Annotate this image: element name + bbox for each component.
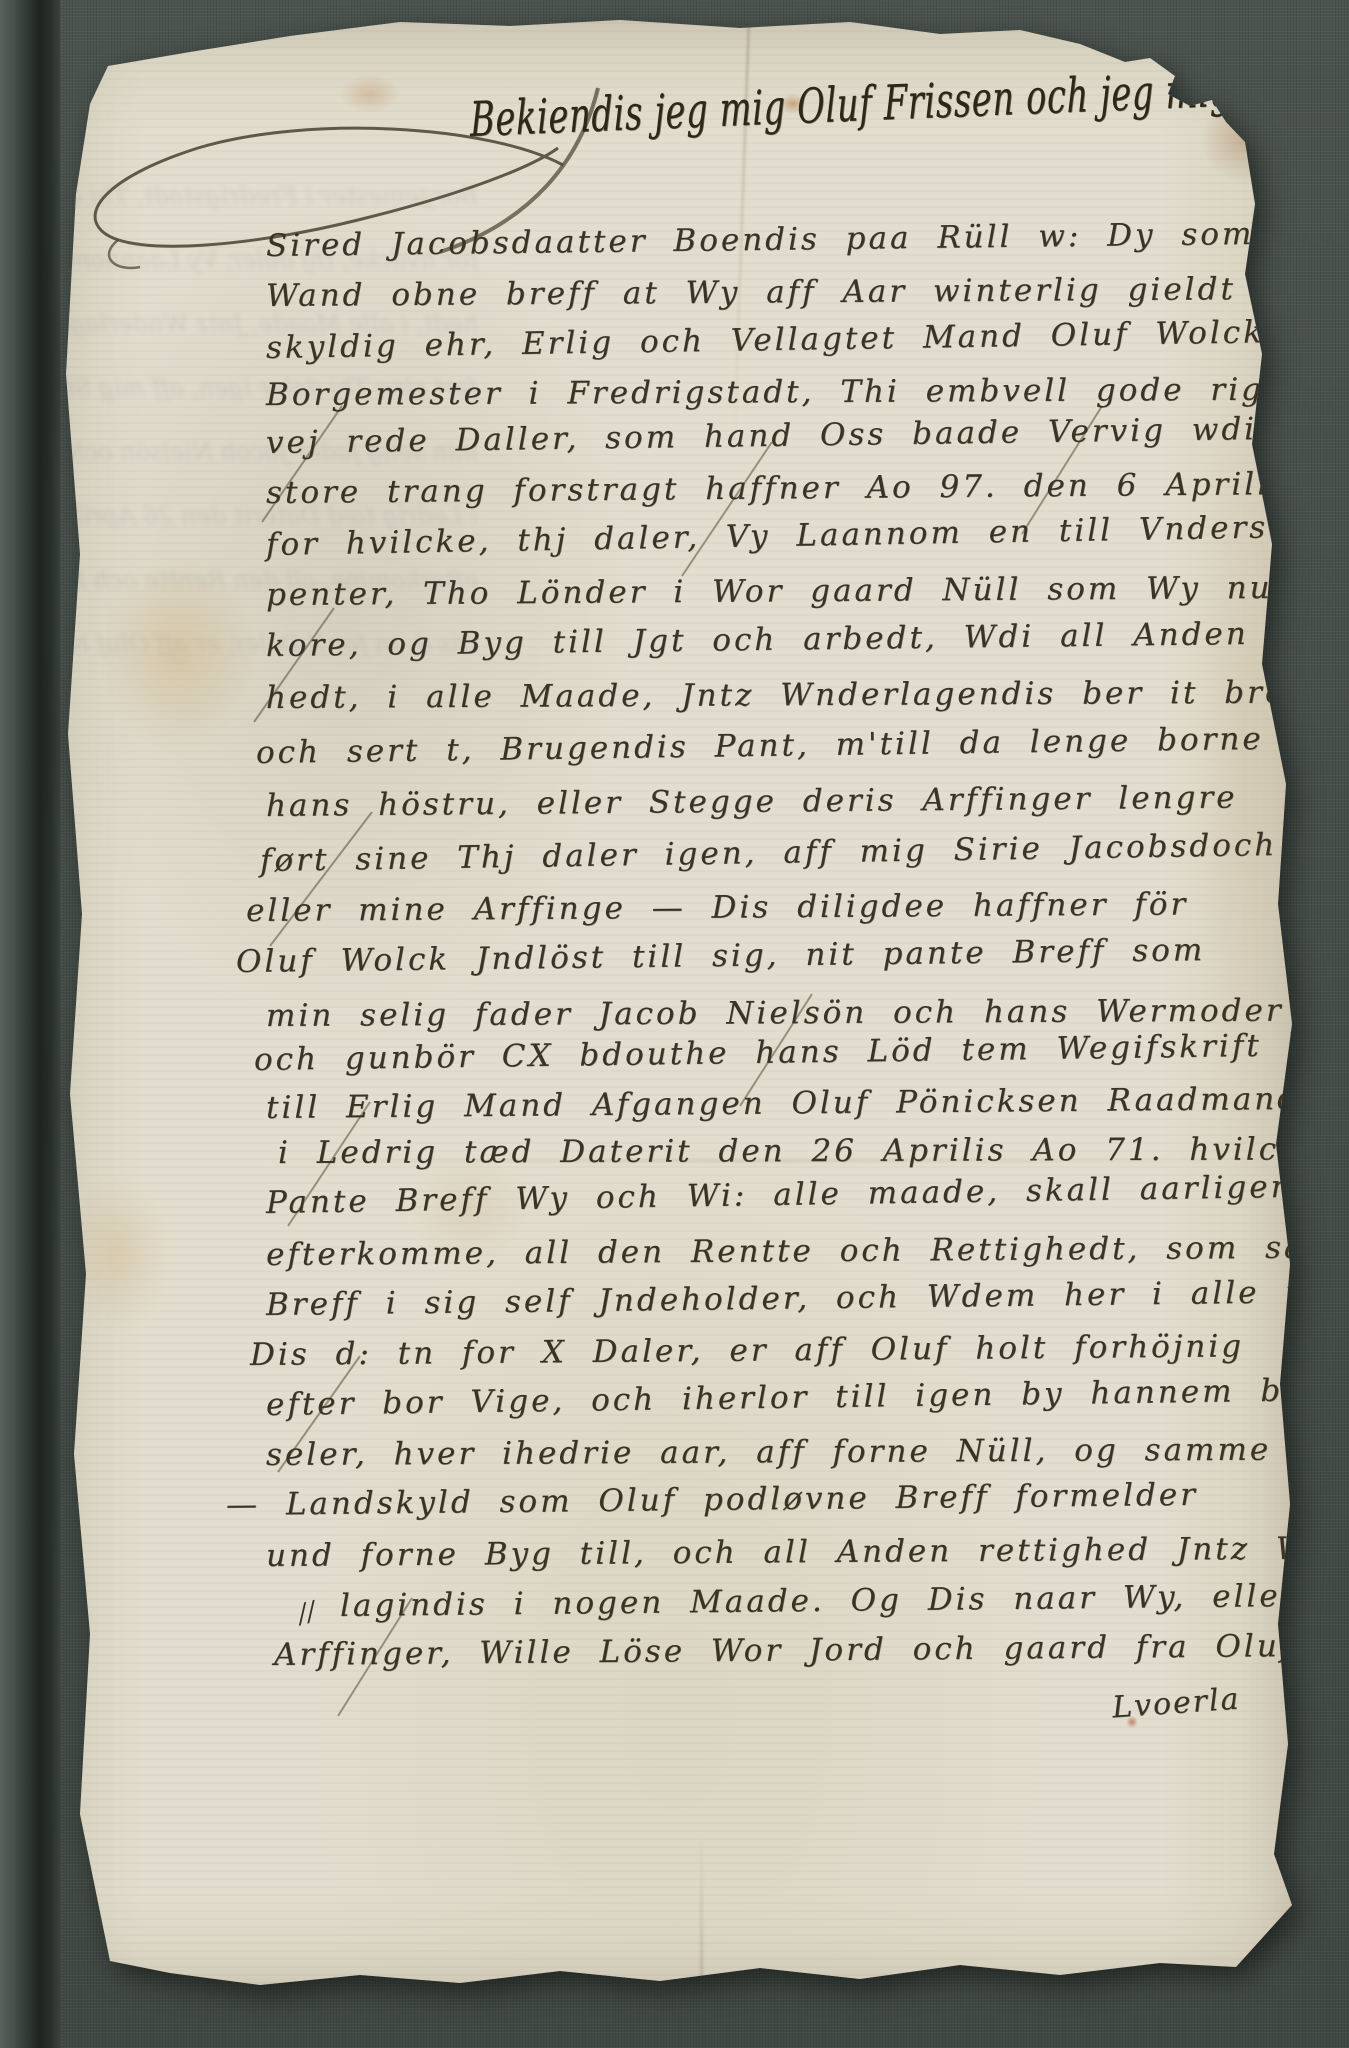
manuscript-line: i Ledrig tæd Daterit den 26 Aprilis Ao 7… [278,1131,1338,1171]
archival-photo-of-manuscript: Borgemester i Fredrigstadt, Thi embvell … [0,0,1349,2048]
manuscript-page: Borgemester i Fredrigstadt, Thi embvell … [40,14,1315,2014]
manuscript-line: penter, Tho Lönder i Wor gaard Nüll som … [266,569,1349,613]
manuscript-line: hedt, i alle Maade, Jntz Wnderlagendis b… [266,675,1315,716]
manuscript-line: und forne Byg till, och all Anden rettig… [266,1530,1349,1574]
manuscript-page-wrapper: Borgemester i Fredrigstadt, Thi embvell … [36,10,1324,2024]
manuscript-line: min selig fader Jacob Nielsön och hans W… [266,993,1284,1034]
manuscript-line: eller mine Arffinge — Dis diligdee haffn… [246,886,1189,929]
manuscript-line: efterkomme, all den Rentte och Rettighed… [266,1229,1349,1273]
manuscript-line: Wand obne breff at Wy aff Aar winterlig … [266,271,1236,314]
manuscript-line: seler, hver ihedrie aar, aff forne Nüll,… [266,1431,1349,1473]
manuscript-line: Borgemester i Fredrigstadt, Thi embvell … [266,371,1349,413]
